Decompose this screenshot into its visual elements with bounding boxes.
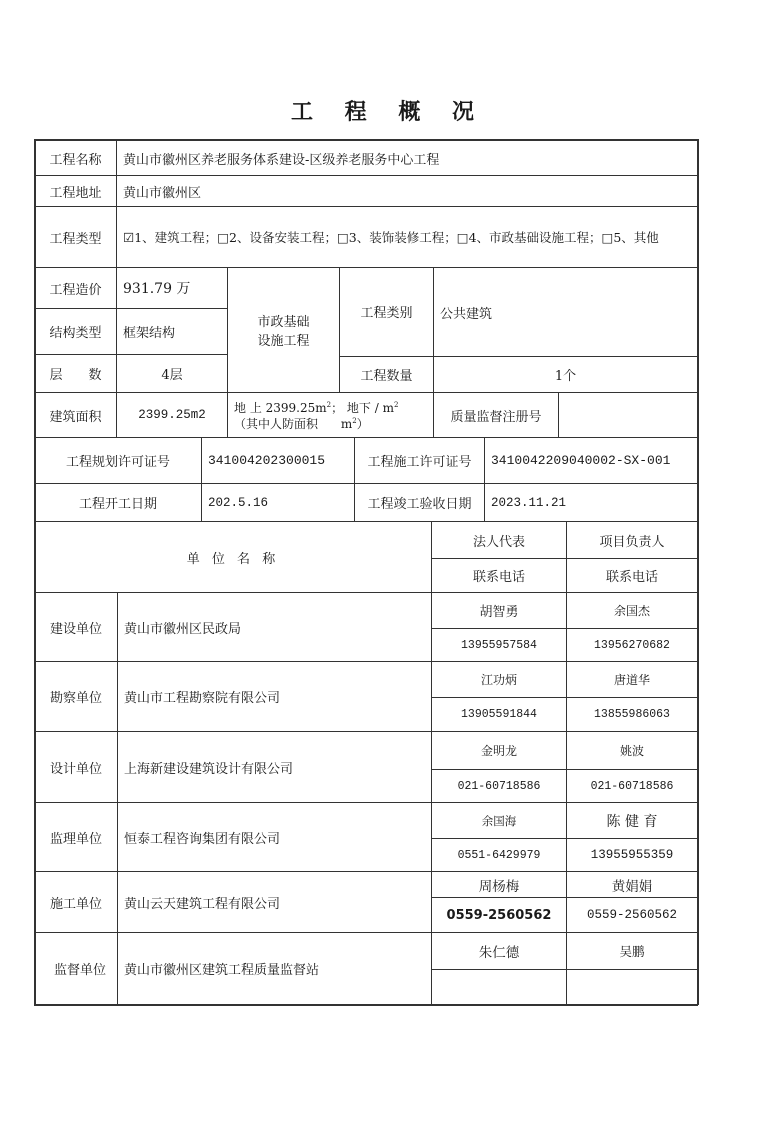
category-label: 工程类别	[340, 268, 433, 356]
project-name-value: 黄山市徽州区养老服务体系建设-区级养老服务中心工程	[117, 140, 697, 176]
unit-name: 黄山市工程勘察院有限公司	[118, 662, 431, 731]
floors-label: 层 数	[35, 355, 116, 392]
unit-project-lead: 唐道华	[567, 662, 697, 697]
unit-name: 黄山市徽州区建筑工程质量监督站	[118, 933, 431, 1004]
completion-date-label: 工程竣工验收日期	[355, 484, 484, 521]
unit-name: 黄山市徽州区民政局	[118, 593, 431, 661]
plan-permit-label: 工程规划许可证号	[35, 438, 201, 483]
unit-lead-phone: 021-60718586	[567, 770, 697, 802]
unit-lead-phone: 0559-2560562	[567, 898, 697, 932]
unit-role: 施工单位	[35, 872, 117, 932]
unit-name: 黄山云天建筑工程有限公司	[118, 872, 431, 932]
unit-name-header: 单 位 名 称	[35, 522, 431, 592]
structure-value: 框架结构	[117, 309, 227, 354]
type-option-2[interactable]: □2、设备安装工程；	[217, 228, 337, 246]
unit-legal-rep: 朱仁德	[432, 933, 566, 969]
project-address-value: 黄山市徽州区	[117, 176, 697, 206]
type-option-5[interactable]: □5、其他	[602, 228, 659, 246]
quality-reg-value	[559, 393, 697, 437]
legal-phone-header: 联系电话	[432, 559, 566, 592]
project-overview-table: 工程名称 黄山市徽州区养老服务体系建设-区级养老服务中心工程 工程地址 黄山市徽…	[0, 0, 777, 1122]
cost-label: 工程造价	[35, 268, 116, 308]
checkbox-empty-icon[interactable]: □	[217, 230, 229, 245]
build-permit-value: 3410042209040002-SX-001	[485, 438, 697, 483]
project-type-options: ☑1、建筑工程； □2、设备安装工程； □3、装饰装修工程； □4、市政基础设施…	[117, 207, 697, 267]
unit-legal-rep: 余国海	[432, 803, 566, 838]
municipal-line1: 市政基础	[257, 311, 309, 330]
unit-name: 上海新建设建筑设计有限公司	[118, 732, 431, 802]
start-date-label: 工程开工日期	[35, 484, 201, 521]
quality-reg-label: 质量监督注册号	[434, 393, 558, 437]
unit-project-lead: 姚波	[567, 732, 697, 769]
checkbox-empty-icon[interactable]: □	[602, 230, 614, 245]
municipal-infrastructure-cell: 市政基础 设施工程	[228, 268, 339, 392]
type-option-3[interactable]: □3、装饰装修工程；	[337, 228, 457, 246]
completion-date-value: 2023.11.21	[485, 484, 697, 521]
floors-value: 4层	[117, 355, 227, 392]
start-date-value: 202.5.16	[202, 484, 354, 521]
quantity-label: 工程数量	[340, 357, 433, 392]
cost-value: 931.79 万	[117, 268, 227, 308]
unit-legal-rep: 金明龙	[432, 732, 566, 769]
unit-project-lead: 吴鹏	[567, 933, 697, 969]
unit-name: 恒泰工程咨询集团有限公司	[118, 803, 431, 871]
type-option-1[interactable]: ☑1、建筑工程；	[123, 228, 217, 246]
unit-role: 勘察单位	[35, 662, 117, 731]
unit-lead-phone: 13956270682	[567, 629, 697, 661]
plan-permit-value: 341004202300015	[202, 438, 354, 483]
unit-lead-phone	[567, 970, 697, 1004]
project-lead-header: 项目负责人	[567, 522, 697, 558]
area-civil: （其中人防面积	[234, 417, 318, 431]
unit-legal-phone: 13905591844	[432, 698, 566, 731]
unit-legal-phone: 0559-2560562	[432, 898, 566, 932]
unit-project-lead: 余国杰	[567, 593, 697, 628]
category-value: 公共建筑	[434, 268, 697, 356]
unit-legal-rep: 胡智勇	[432, 593, 566, 628]
unit-lead-phone: 13855986063	[567, 698, 697, 731]
unit-legal-rep: 周杨梅	[432, 872, 566, 897]
unit-legal-rep: 江功炳	[432, 662, 566, 697]
checkbox-empty-icon[interactable]: □	[457, 230, 469, 245]
unit-role: 监理单位	[35, 803, 117, 871]
unit-role: 设计单位	[35, 732, 117, 802]
area-civil-unit: m	[341, 417, 352, 431]
project-type-label: 工程类型	[35, 207, 116, 267]
build-permit-label: 工程施工许可证号	[355, 438, 484, 483]
unit-legal-phone: 13955957584	[432, 629, 566, 661]
unit-role: 建设单位	[35, 593, 117, 661]
area-below: ； 地下 / m	[331, 401, 394, 415]
type-option-4[interactable]: □4、市政基础设施工程；	[457, 228, 602, 246]
unit-legal-phone: 0551-6429979	[432, 839, 566, 871]
unit-role: 监督单位	[35, 933, 117, 1004]
unit-legal-phone	[432, 970, 566, 1004]
area-above: 地 上 2399.25m	[234, 401, 327, 415]
project-name-label: 工程名称	[35, 140, 116, 176]
checkbox-empty-icon[interactable]: □	[337, 230, 349, 245]
unit-legal-phone: 021-60718586	[432, 770, 566, 802]
area-value: 2399.25m2	[117, 393, 227, 437]
legal-rep-header: 法人代表	[432, 522, 566, 558]
municipal-line2: 设施工程	[257, 330, 309, 349]
lead-phone-header: 联系电话	[567, 559, 697, 592]
area-label: 建筑面积	[35, 393, 116, 437]
area-breakdown: 地 上 2399.25m2； 地下 / m2 （其中人防面积 m2）	[228, 393, 433, 437]
project-address-label: 工程地址	[35, 176, 116, 206]
quantity-value: 1个	[434, 357, 697, 392]
unit-lead-phone: 13955955359	[567, 839, 697, 871]
structure-label: 结构类型	[35, 309, 116, 354]
unit-project-lead: 陈 健 育	[567, 803, 697, 838]
checkbox-checked-icon[interactable]: ☑	[123, 230, 134, 245]
unit-project-lead: 黄娟娟	[567, 872, 697, 897]
